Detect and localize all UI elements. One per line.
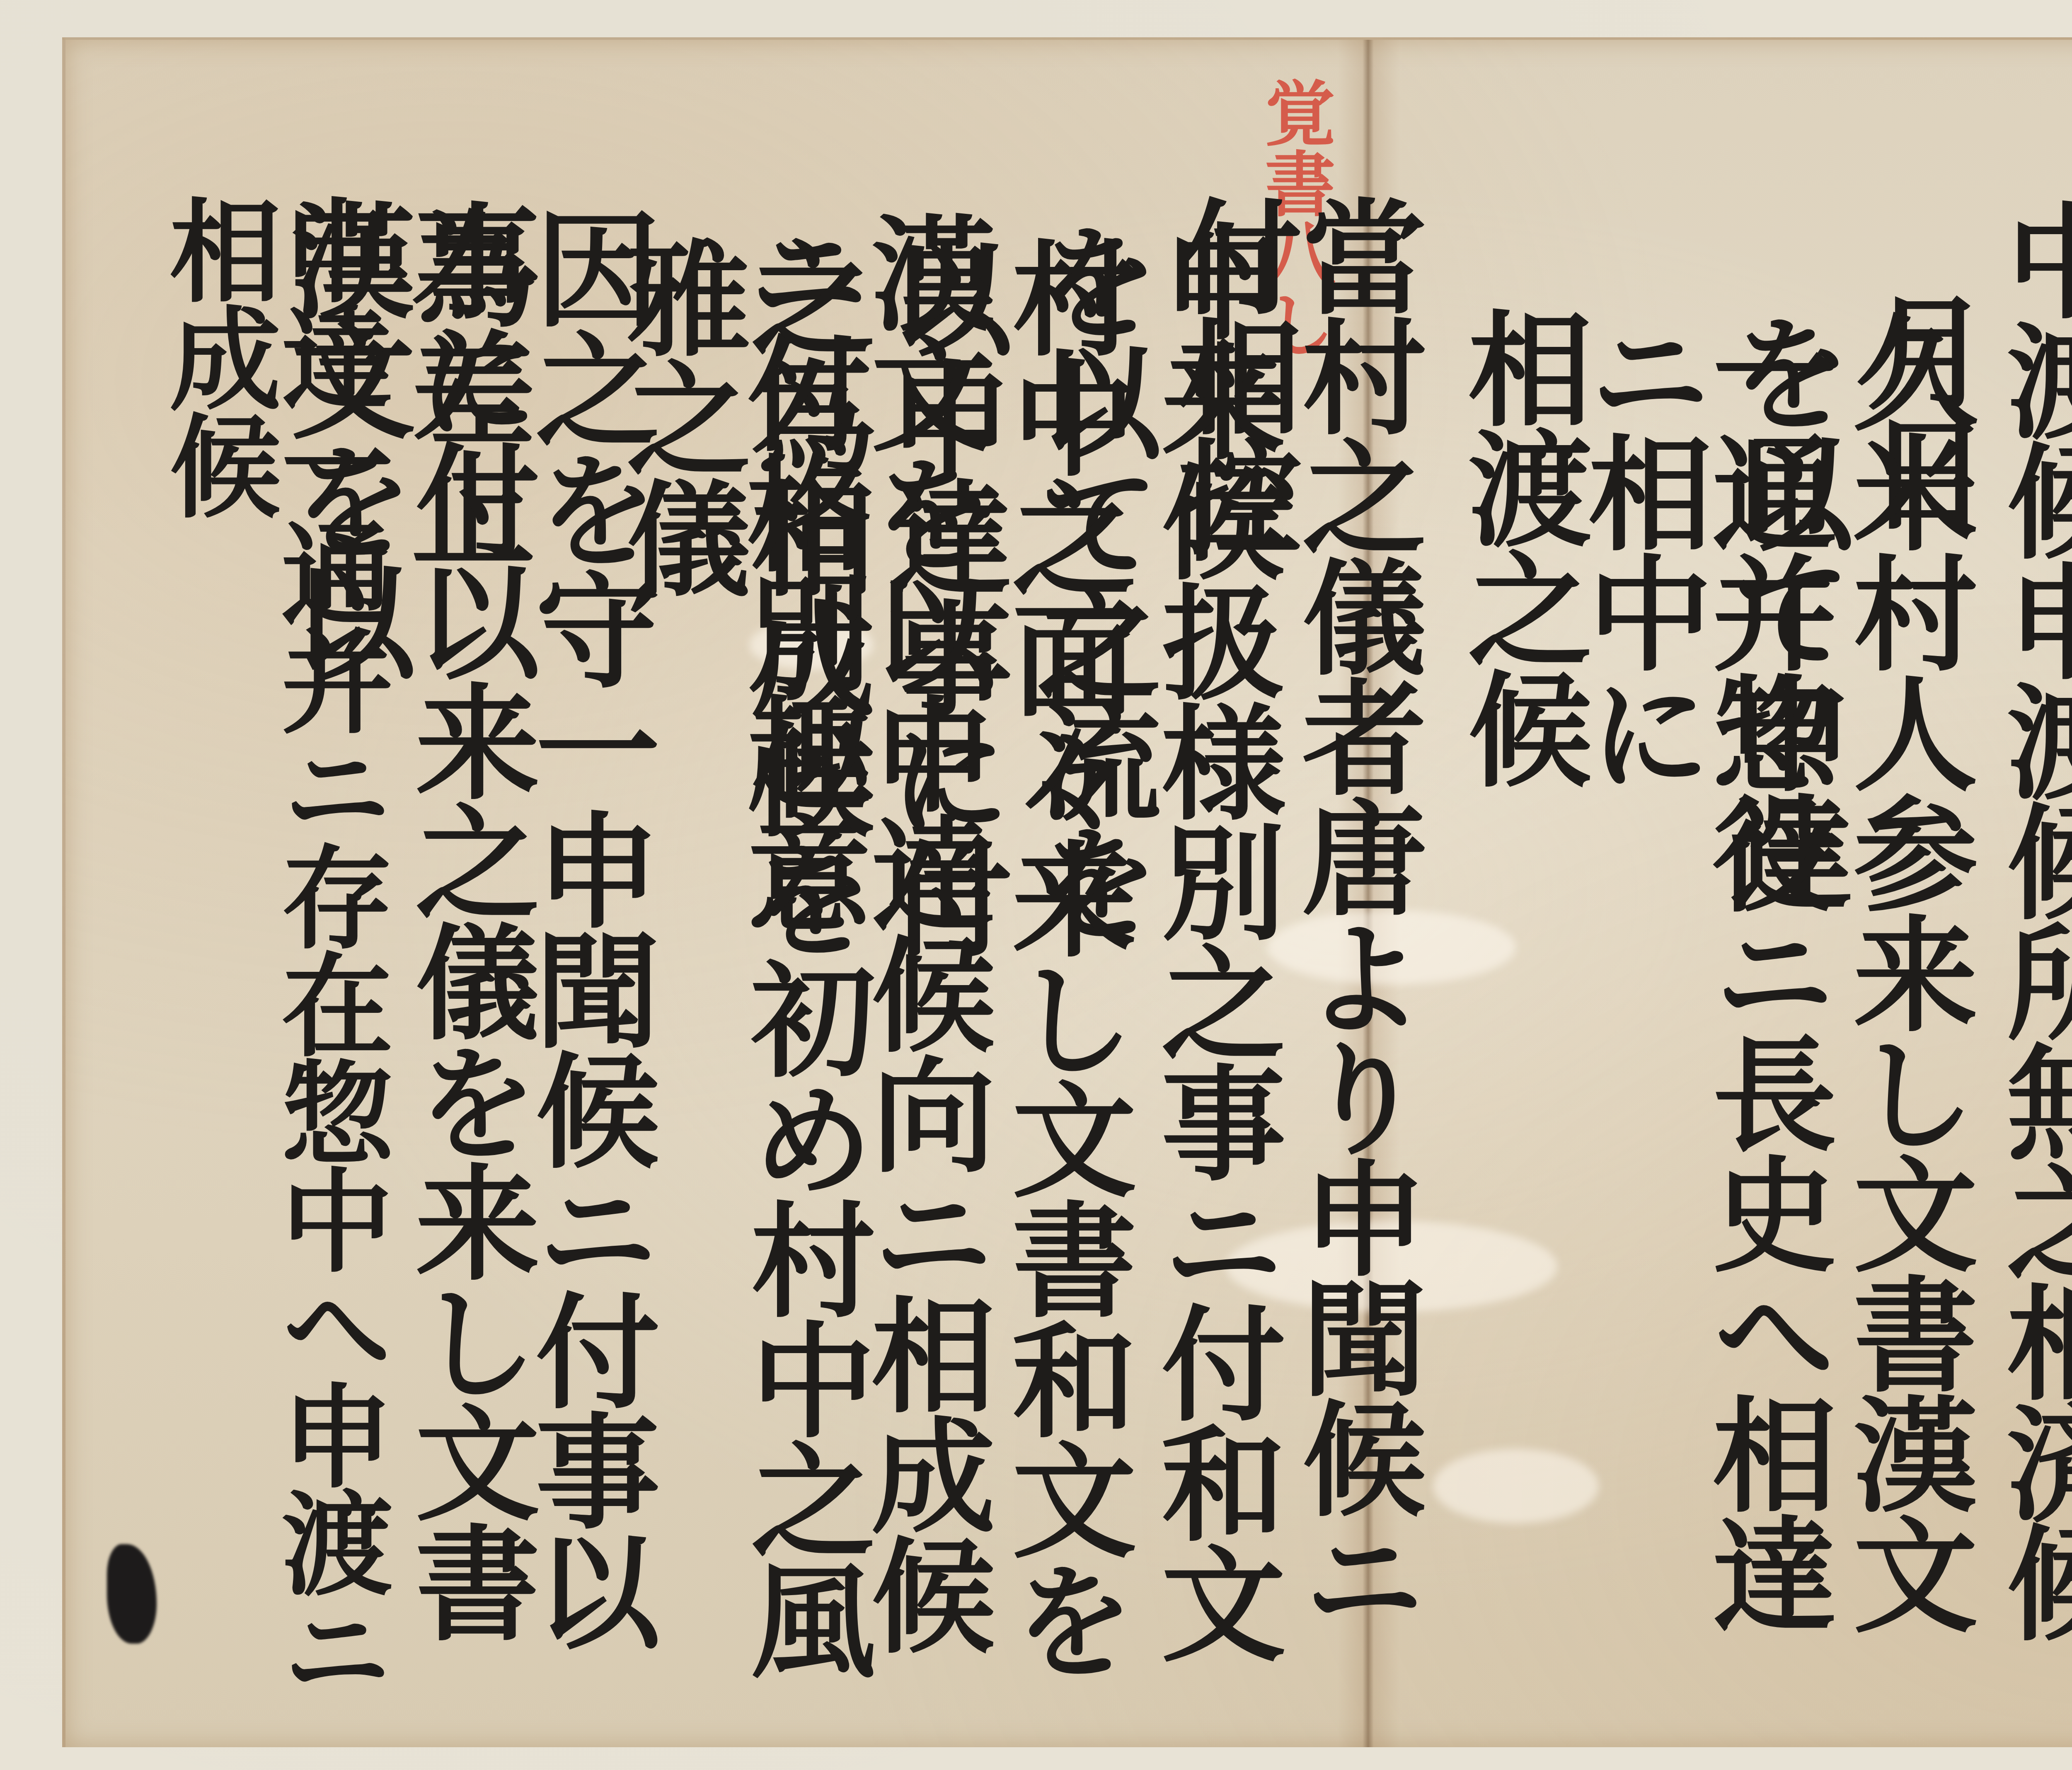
text-column: 中渡候申渡候所無之相済候	[1997, 197, 2072, 1639]
text-column: 一通并惣役ニ長史へ相達ニ相中に	[1578, 309, 1827, 1747]
document-sheet: 覚書八し 當村之儀者唐より申聞候ニ付相控 申来候扱様別之事ニ付和文を以て之流を …	[62, 37, 2072, 1747]
text-column: 相渡之候	[1458, 305, 1582, 786]
right-page: 諸上納金未調に依而拙者方ゟ下被下候 然処其後之様子相尋候処又綿ゟ伐之流合 一度申…	[1367, 40, 2072, 1747]
text-column: 申達一通并ニ存在惣中へ申渡ニ相成候	[161, 193, 385, 1747]
ink-blot	[107, 1544, 157, 1644]
left-page: 覚書八し 當村之儀者唐より申聞候ニ付相控 申来候扱様別之事ニ付和文を以て之流を …	[65, 40, 1350, 1747]
